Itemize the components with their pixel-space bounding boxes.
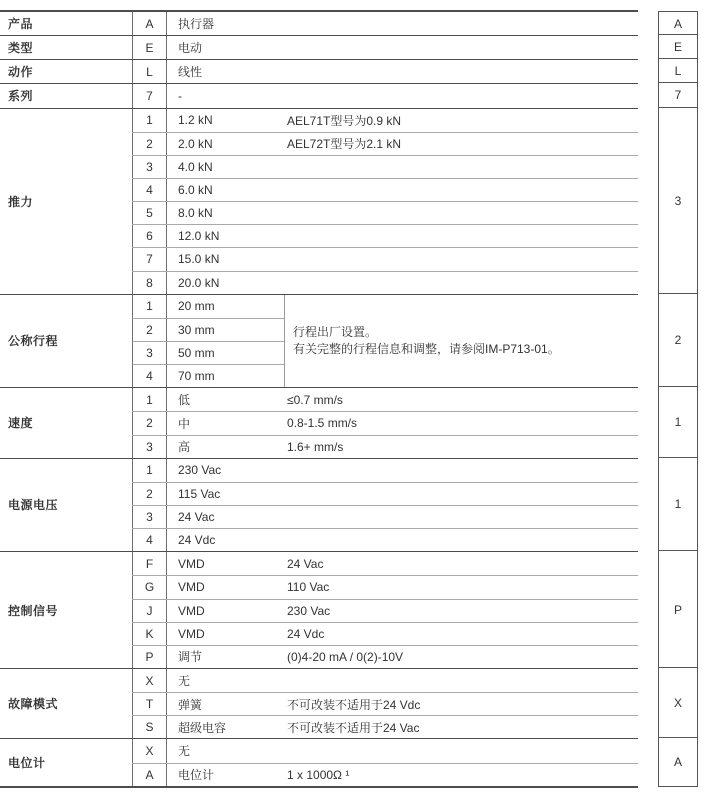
code-cell: J: [132, 600, 167, 622]
table-row: L线性: [132, 60, 638, 83]
code-cell: A: [132, 12, 167, 35]
note-cell: [285, 483, 638, 505]
note-cell: 24 Vac: [285, 552, 638, 575]
table-row: 715.0 kN: [132, 247, 638, 270]
table-row: 11.2 kNAEL71T型号为0.9 kN: [132, 109, 638, 132]
note-cell: 1 x 1000Ω ¹: [285, 764, 638, 786]
value-cell: 无: [167, 739, 285, 762]
value-cell: 电动: [167, 36, 285, 59]
note-cell: [285, 248, 638, 270]
note-cell: [285, 225, 638, 247]
note-cell: [285, 459, 638, 482]
note-cell: AEL72T型号为2.1 kN: [285, 133, 638, 155]
table-row: 120 mm: [132, 295, 638, 318]
note-cell: 不可改装不适用于24 Vdc: [285, 693, 638, 715]
ordering-table-page: 产品A执行器类型E电动动作L线性系列7-推力11.2 kNAEL71T型号为0.…: [0, 0, 703, 800]
table-section: 推力11.2 kNAEL71T型号为0.9 kN22.0 kNAEL72T型号为…: [0, 108, 638, 294]
note-cell: ≤0.7 mm/s: [285, 388, 638, 411]
right-code-cell: A: [658, 11, 698, 36]
value-cell: VMD: [167, 552, 285, 575]
category-cell: 动作: [0, 60, 132, 83]
value-cell: 230 Vac: [167, 459, 285, 482]
table-section: 公称行程120 mm230 mm350 mm470 mm行程出厂设置。有关完整的…: [0, 294, 638, 388]
section-rows: 7-: [132, 84, 638, 107]
category-cell: 控制信号: [0, 552, 132, 668]
code-cell: 4: [132, 529, 167, 551]
note-cell: [285, 202, 638, 224]
table-section: 速度1低≤0.7 mm/s2中0.8-1.5 mm/s3高1.6+ mm/s: [0, 387, 638, 457]
code-cell: L: [132, 60, 167, 83]
section-rows: X无T弹簧不可改装不适用于24 VdcS超级电容不可改装不适用于24 Vac: [132, 669, 638, 738]
note-cell: [285, 272, 638, 294]
right-code-cell: 7: [658, 82, 698, 108]
table-row: 34.0 kN: [132, 155, 638, 178]
table-row: T弹簧不可改装不适用于24 Vdc: [132, 692, 638, 715]
value-cell: 电位计: [167, 764, 285, 786]
table-row: 424 Vdc: [132, 528, 638, 551]
category-cell: 故障模式: [0, 669, 132, 738]
table-row: 7-: [132, 84, 638, 107]
note-cell: 110 Vac: [285, 576, 638, 598]
section-rows: FVMD24 VacGVMD110 VacJVMD230 VacKVMD24 V…: [132, 552, 638, 668]
main-table: 产品A执行器类型E电动动作L线性系列7-推力11.2 kNAEL71T型号为0.…: [0, 10, 638, 788]
table-section: 电位计X无A电位计1 x 1000Ω ¹: [0, 738, 638, 785]
code-cell: A: [132, 764, 167, 786]
code-cell: 3: [132, 156, 167, 178]
code-cell: 3: [132, 436, 167, 458]
code-cell: G: [132, 576, 167, 598]
table-row: X无: [132, 739, 638, 762]
code-cell: X: [132, 739, 167, 762]
value-cell: 50 mm: [167, 341, 285, 364]
table-row: 1低≤0.7 mm/s: [132, 388, 638, 411]
code-cell: 4: [132, 364, 167, 387]
note-cell: [285, 669, 638, 692]
value-cell: 中: [167, 412, 285, 434]
note-cell: 0.8-1.5 mm/s: [285, 412, 638, 434]
table-row: A电位计1 x 1000Ω ¹: [132, 763, 638, 786]
code-cell: 8: [132, 272, 167, 294]
category-cell: 速度: [0, 388, 132, 457]
table-section: 产品A执行器: [0, 12, 638, 35]
value-cell: 调节: [167, 646, 285, 668]
right-code-cell: 2: [658, 293, 698, 389]
value-cell: 24 Vdc: [167, 529, 285, 551]
note-cell: 不可改装不适用于24 Vac: [285, 716, 638, 738]
category-cell: 类型: [0, 36, 132, 59]
value-cell: 2.0 kN: [167, 133, 285, 155]
code-cell: 3: [132, 341, 167, 364]
code-cell: 3: [132, 506, 167, 528]
table-row: A执行器: [132, 12, 638, 35]
section-rows: L线性: [132, 60, 638, 83]
table-row: FVMD24 Vac: [132, 552, 638, 575]
code-cell: T: [132, 693, 167, 715]
right-code-cell: A: [658, 737, 698, 786]
section-rows: 1低≤0.7 mm/s2中0.8-1.5 mm/s3高1.6+ mm/s: [132, 388, 638, 457]
table-row: 820.0 kN: [132, 271, 638, 294]
code-cell: 5: [132, 202, 167, 224]
note-cell: [285, 84, 638, 107]
note-cell: 1.6+ mm/s: [285, 436, 638, 458]
table-section: 类型E电动: [0, 35, 638, 59]
table-row: KVMD24 Vdc: [132, 622, 638, 645]
table-section: 控制信号FVMD24 VacGVMD110 VacJVMD230 VacKVMD…: [0, 551, 638, 668]
note-cell: [285, 179, 638, 201]
table-row: 2中0.8-1.5 mm/s: [132, 411, 638, 434]
right-code-cell: E: [658, 34, 698, 60]
note-cell: [285, 12, 638, 35]
code-cell: X: [132, 669, 167, 692]
code-cell: 7: [132, 248, 167, 270]
value-cell: 6.0 kN: [167, 179, 285, 201]
value-cell: 线性: [167, 60, 285, 83]
value-cell: 弹簧: [167, 693, 285, 715]
table-row: 58.0 kN: [132, 201, 638, 224]
note-cell: AEL71T型号为0.9 kN: [285, 109, 638, 132]
stroke-note: 行程出厂设置。有关完整的行程信息和调整，请参阅IM-P713-01。: [293, 324, 560, 358]
note-cell: (0)4-20 mA / 0(2)-10V: [285, 646, 638, 668]
table-row: 46.0 kN: [132, 178, 638, 201]
code-cell: 1: [132, 109, 167, 132]
right-code-cell: 1: [658, 386, 698, 458]
section-rows: A执行器: [132, 12, 638, 35]
table-row: 2115 Vac: [132, 482, 638, 505]
note-cell: [285, 36, 638, 59]
value-cell: 低: [167, 388, 285, 411]
note-cell: 24 Vdc: [285, 623, 638, 645]
code-cell: S: [132, 716, 167, 738]
note-cell: [285, 156, 638, 178]
table-section: 电源电压1230 Vac2115 Vac324 Vac424 Vdc: [0, 458, 638, 552]
code-cell: 2: [132, 133, 167, 155]
table-section: 故障模式X无T弹簧不可改装不适用于24 VdcS超级电容不可改装不适用于24 V…: [0, 668, 638, 738]
table-row: 1230 Vac: [132, 459, 638, 482]
value-cell: 8.0 kN: [167, 202, 285, 224]
code-cell: 1: [132, 388, 167, 411]
table-section: 系列7-: [0, 83, 638, 107]
value-cell: 执行器: [167, 12, 285, 35]
code-cell: K: [132, 623, 167, 645]
code-cell: P: [132, 646, 167, 668]
value-cell: VMD: [167, 576, 285, 598]
section-rows: 11.2 kNAEL71T型号为0.9 kN22.0 kNAEL72T型号为2.…: [132, 109, 638, 294]
note-cell: 230 Vac: [285, 600, 638, 622]
note-cell: [285, 529, 638, 551]
value-cell: 30 mm: [167, 318, 285, 341]
category-cell: 系列: [0, 84, 132, 107]
value-cell: VMD: [167, 600, 285, 622]
note-cell: [285, 60, 638, 83]
table-row: S超级电容不可改装不适用于24 Vac: [132, 715, 638, 738]
note-cell: [285, 506, 638, 528]
value-cell: 12.0 kN: [167, 225, 285, 247]
table-row: GVMD110 Vac: [132, 575, 638, 598]
category-cell: 电位计: [0, 739, 132, 785]
code-cell: 2: [132, 318, 167, 341]
category-cell: 电源电压: [0, 459, 132, 552]
table-section: 动作L线性: [0, 59, 638, 83]
table-row: 470 mm: [132, 364, 638, 387]
value-cell: 15.0 kN: [167, 248, 285, 270]
code-cell: 6: [132, 225, 167, 247]
value-cell: 高: [167, 436, 285, 458]
table-row: 22.0 kNAEL72T型号为2.1 kN: [132, 132, 638, 155]
table-row: 324 Vac: [132, 505, 638, 528]
value-cell: 4.0 kN: [167, 156, 285, 178]
code-cell: 4: [132, 179, 167, 201]
section-rows: X无A电位计1 x 1000Ω ¹: [132, 739, 638, 785]
stroke-note-line: 有关完整的行程信息和调整，请参阅IM-P713-01。: [293, 341, 560, 358]
stroke-note-line: 行程出厂设置。: [293, 324, 560, 341]
code-cell: E: [132, 36, 167, 59]
code-cell: 2: [132, 483, 167, 505]
value-cell: 24 Vac: [167, 506, 285, 528]
right-code-cell: L: [658, 58, 698, 84]
value-cell: 115 Vac: [167, 483, 285, 505]
section-rows: 1230 Vac2115 Vac324 Vac424 Vdc: [132, 459, 638, 552]
table-row: P调节(0)4-20 mA / 0(2)-10V: [132, 645, 638, 668]
right-code-cell: X: [658, 667, 698, 739]
table-row: JVMD230 Vac: [132, 599, 638, 622]
table-row: 612.0 kN: [132, 224, 638, 247]
table-row: E电动: [132, 36, 638, 59]
value-cell: 超级电容: [167, 716, 285, 738]
code-cell: 1: [132, 459, 167, 482]
category-cell: 推力: [0, 109, 132, 294]
category-cell: 公称行程: [0, 295, 132, 388]
right-code-cell: P: [658, 550, 698, 669]
code-cell: 2: [132, 412, 167, 434]
code-cell: 1: [132, 295, 167, 318]
table-row: X无: [132, 669, 638, 692]
value-cell: 20.0 kN: [167, 272, 285, 294]
value-cell: 20 mm: [167, 295, 285, 318]
code-cell: 7: [132, 84, 167, 107]
right-code-cell: 3: [658, 107, 698, 295]
category-cell: 产品: [0, 12, 132, 35]
value-cell: 70 mm: [167, 364, 285, 387]
right-code-cell: 1: [658, 457, 698, 553]
table-row: 3高1.6+ mm/s: [132, 435, 638, 458]
note-cell: [285, 739, 638, 762]
value-cell: 1.2 kN: [167, 109, 285, 132]
section-rows: E电动: [132, 36, 638, 59]
code-cell: F: [132, 552, 167, 575]
value-cell: -: [167, 84, 285, 107]
value-cell: VMD: [167, 623, 285, 645]
value-cell: 无: [167, 669, 285, 692]
